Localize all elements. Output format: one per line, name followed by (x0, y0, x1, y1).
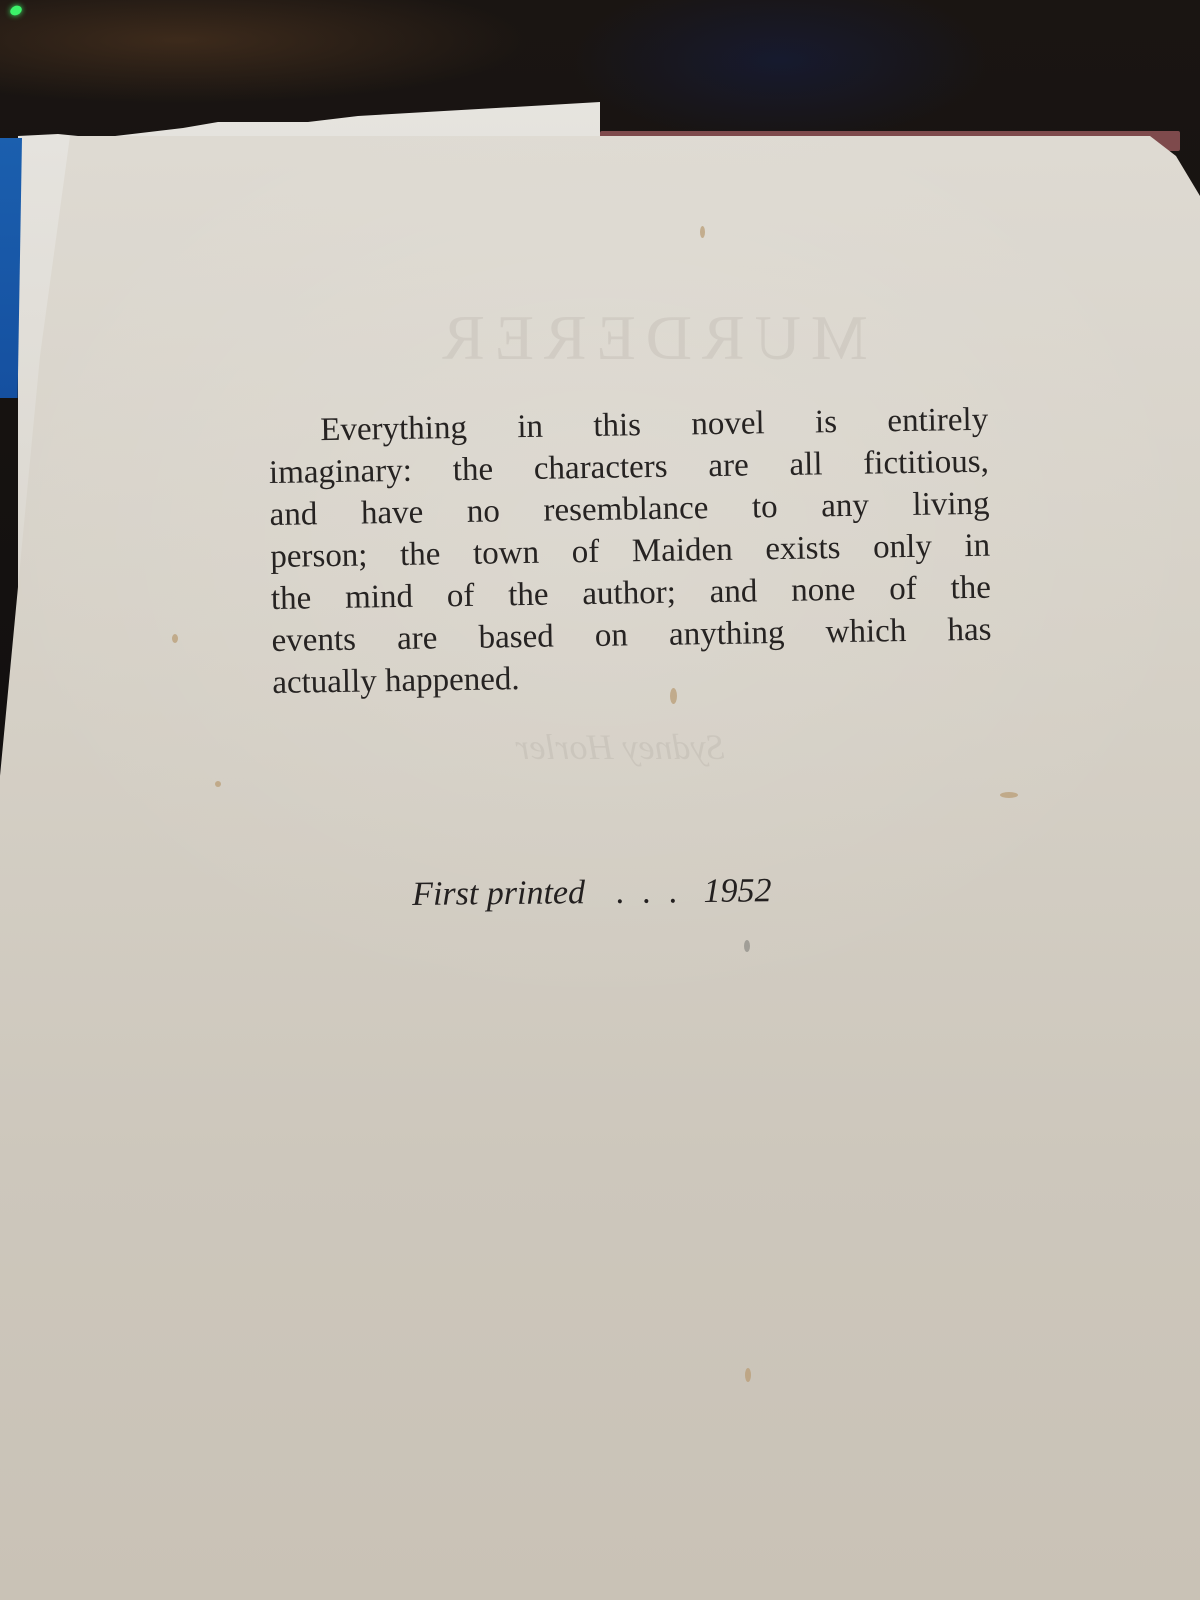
paper-speck (744, 940, 750, 952)
paper-speck (1000, 792, 1018, 798)
photo-scene: MURDERER Sydney Horler Everything in thi… (0, 0, 1200, 1600)
imprint-year: 1952 (703, 872, 771, 910)
camera-indicator-light (9, 4, 24, 17)
book-page: MURDERER Sydney Horler Everything in thi… (0, 136, 1200, 1600)
paper-speck (172, 634, 178, 643)
show-through-title: MURDERER (340, 301, 960, 375)
show-through-author: Sydney Horler (450, 726, 790, 768)
first-printed-imprint: First printed ... 1952 (412, 872, 772, 914)
paper-speck (215, 781, 221, 787)
paper-speck (700, 226, 705, 238)
disclaimer-paragraph: Everything in this novel is entirely ima… (268, 399, 993, 704)
imprint-label: First printed (412, 874, 585, 913)
paper-speck (745, 1368, 751, 1382)
imprint-leader-dots: ... (615, 873, 695, 911)
